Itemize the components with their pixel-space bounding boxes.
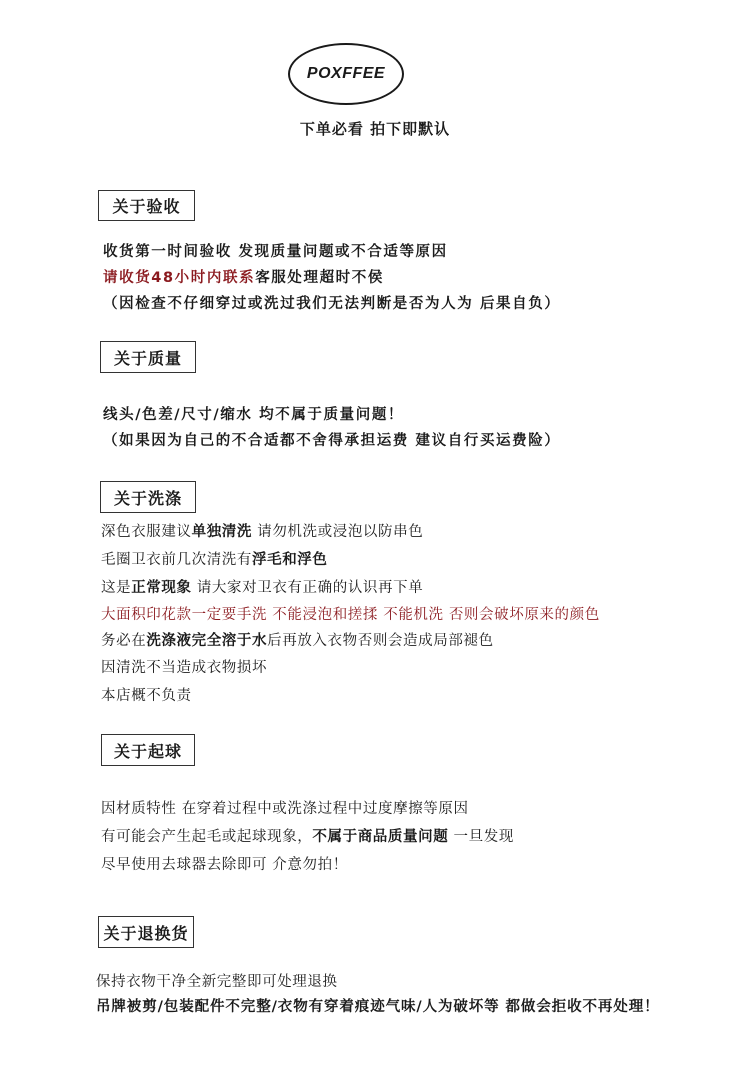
washing-line-4-warning: 大面积印花款一定要手洗 不能浸泡和搓揉 不能机洗 否则会破坏原来的颜色 xyxy=(101,603,600,624)
text: 深色衣服建议 xyxy=(101,524,192,540)
returns-line-2: 吊牌被剪/包装配件不完整/衣物有穿着痕迹气味/人为破坏等 都做会拒收不再处理！ xyxy=(96,995,660,1016)
highlight-text: 请收货48小时内联系 xyxy=(103,270,255,286)
text: 因清洗不当造成衣物损坏 xyxy=(101,660,267,676)
pilling-line-1: 因材质特性 在穿着过程中或洗涤过程中过度摩擦等原因 xyxy=(101,797,469,818)
section-title-pilling: 关于起球 xyxy=(101,734,195,766)
text: 一旦发现 xyxy=(448,829,514,845)
text: 后再放入衣物否则会造成局部褪色 xyxy=(267,633,494,649)
text: 客服处理超时不侯 xyxy=(255,270,384,286)
bold-text: 单独清洗 xyxy=(192,524,252,540)
text: 尽早使用去球器去除即可 介意勿拍！ xyxy=(101,857,348,873)
brand-logo: POXFFEE xyxy=(288,43,404,105)
bold-text: 洗涤液完全溶于水 xyxy=(146,633,267,649)
inspection-line-1: 收货第一时间验收 发现质量问题或不合适等原因 xyxy=(103,240,448,261)
washing-line-1: 深色衣服建议单独清洗 请勿机洗或浸泡以防串色 xyxy=(101,520,423,541)
washing-line-6: 因清洗不当造成衣物损坏 xyxy=(101,656,267,677)
quality-line-1: 线头/色差/尺寸/缩水 均不属于质量问题！ xyxy=(103,403,404,424)
text: （如果因为自己的不合适都不舍得承担运费 建议自行买运费险） xyxy=(103,433,560,449)
washing-line-7: 本店概不负责 xyxy=(101,684,192,705)
text: 请大家对卫衣有正确的认识再下单 xyxy=(192,580,424,596)
pilling-line-2: 有可能会产生起毛或起球现象，不属于商品质量问题 一旦发现 xyxy=(101,825,514,846)
logo-text: POXFFEE xyxy=(307,65,385,83)
text: 收货第一时间验收 发现质量问题或不合适等原因 xyxy=(103,244,448,260)
section-title-returns: 关于退换货 xyxy=(98,916,194,948)
washing-line-2: 毛圈卫衣前几次清洗有浮毛和浮色 xyxy=(101,548,328,569)
text: 本店概不负责 xyxy=(101,688,192,704)
text: 务必在 xyxy=(101,633,146,649)
washing-line-5: 务必在洗涤液完全溶于水后再放入衣物否则会造成局部褪色 xyxy=(101,629,494,650)
washing-line-3: 这是正常现象 请大家对卫衣有正确的认识再下单 xyxy=(101,576,423,597)
text: 毛圈卫衣前几次清洗有 xyxy=(101,552,252,568)
section-title-quality: 关于质量 xyxy=(100,341,196,373)
inspection-line-3: （因检查不仔细穿过或洗过我们无法判断是否为人为 后果自负） xyxy=(103,292,560,313)
returns-line-1: 保持衣物干净全新完整即可处理退换 xyxy=(96,970,338,991)
inspection-line-2: 请收货48小时内联系客服处理超时不侯 xyxy=(103,266,384,287)
text: 线头/色差/尺寸/缩水 均不属于质量问题！ xyxy=(103,407,404,423)
bold-text: 正常现象 xyxy=(131,580,191,596)
text: 请勿机洗或浸泡以防串色 xyxy=(252,524,423,540)
text: 吊牌被剪/包装配件不完整/衣物有穿着痕迹气味/人为破坏等 都做会拒收不再处理！ xyxy=(96,999,660,1015)
text: 因材质特性 在穿着过程中或洗涤过程中过度摩擦等原因 xyxy=(101,801,469,817)
bold-text: 不属于商品质量问题 xyxy=(312,829,448,845)
section-title-inspection: 关于验收 xyxy=(98,190,195,221)
section-title-washing: 关于洗涤 xyxy=(100,481,196,513)
text: 有可能会产生起毛或起球现象， xyxy=(101,829,312,845)
highlight-text: 大面积印花款一定要手洗 不能浸泡和搓揉 不能机洗 否则会破坏原来的颜色 xyxy=(101,607,600,623)
notice-subtitle: 下单必看 拍下即默认 xyxy=(0,118,750,139)
text: 这是 xyxy=(101,580,131,596)
quality-line-2: （如果因为自己的不合适都不舍得承担运费 建议自行买运费险） xyxy=(103,429,560,450)
text: 保持衣物干净全新完整即可处理退换 xyxy=(96,974,338,990)
bold-text: 浮毛和浮色 xyxy=(252,552,328,568)
text: （因检查不仔细穿过或洗过我们无法判断是否为人为 后果自负） xyxy=(103,296,560,312)
pilling-line-3: 尽早使用去球器去除即可 介意勿拍！ xyxy=(101,853,348,874)
